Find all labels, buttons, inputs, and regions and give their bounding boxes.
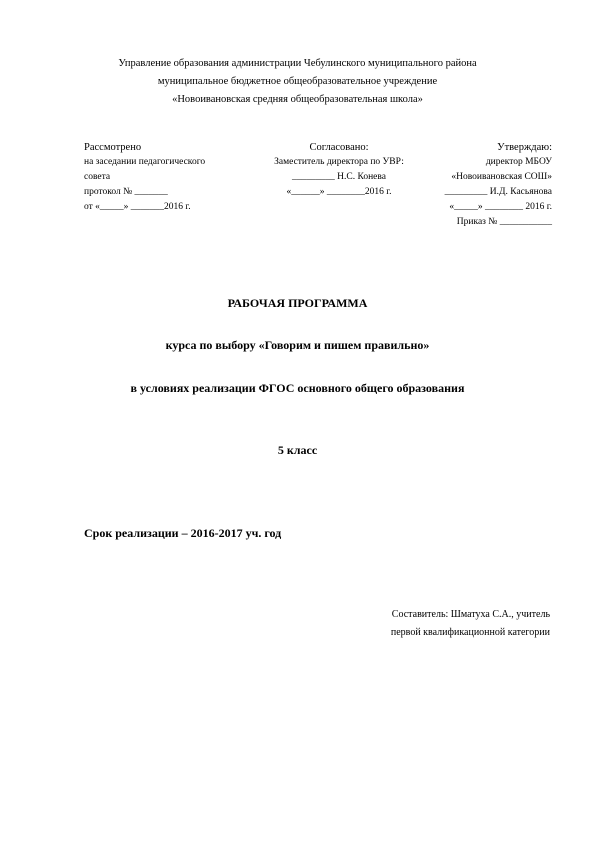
author-block: Составитель: Шматуха С.А., учитель перво… xyxy=(340,606,550,642)
program-grade: 5 класс xyxy=(0,443,595,458)
header-institution-type: муниципальное бюджетное общеобразователь… xyxy=(0,73,595,91)
reviewed-line-1: на заседании педагогического xyxy=(84,155,205,170)
approved-line-2: «Новоивановская СОШ» xyxy=(420,170,552,185)
approved-line-1: директор МБОУ xyxy=(420,155,552,170)
reviewed-line-2: совета xyxy=(84,170,205,185)
agreed-line-2: _________ Н.С. Конева xyxy=(258,170,420,185)
approved-title: Утверждаю: xyxy=(420,140,552,155)
program-term: Срок реализации – 2016-2017 уч. год xyxy=(84,526,281,541)
header-school-name: «Новоивановская средняя общеобразователь… xyxy=(0,91,595,109)
approval-reviewed: Рассмотрено на заседании педагогического… xyxy=(84,140,205,215)
author-name: Составитель: Шматуха С.А., учитель xyxy=(340,606,550,624)
agreed-title: Согласовано: xyxy=(258,140,420,155)
program-course: курса по выбору «Говорим и пишем правиль… xyxy=(0,338,595,353)
reviewed-line-3: протокол № _______ xyxy=(84,185,205,200)
agreed-line-1: Заместитель директора по УВР: xyxy=(258,155,420,170)
approved-line-4: «_____» ________ 2016 г. xyxy=(420,200,552,215)
author-qualification: первой квалификационной категории xyxy=(340,624,550,642)
approved-line-3: _________ И.Д. Касьянова xyxy=(420,185,552,200)
approval-agreed: Согласовано: Заместитель директора по УВ… xyxy=(258,140,420,200)
approved-line-5: Приказ № ___________ xyxy=(420,215,552,230)
reviewed-title: Рассмотрено xyxy=(84,140,205,155)
header-department: Управление образования администрации Чеб… xyxy=(0,55,595,73)
program-title: РАБОЧАЯ ПРОГРАММА xyxy=(0,296,595,311)
approval-approved: Утверждаю: директор МБОУ «Новоивановская… xyxy=(420,140,552,230)
reviewed-line-4: от «_____» _______2016 г. xyxy=(84,200,205,215)
agreed-line-3: «______» ________2016 г. xyxy=(258,185,420,200)
program-conditions: в условиях реализации ФГОС основного общ… xyxy=(0,381,595,396)
